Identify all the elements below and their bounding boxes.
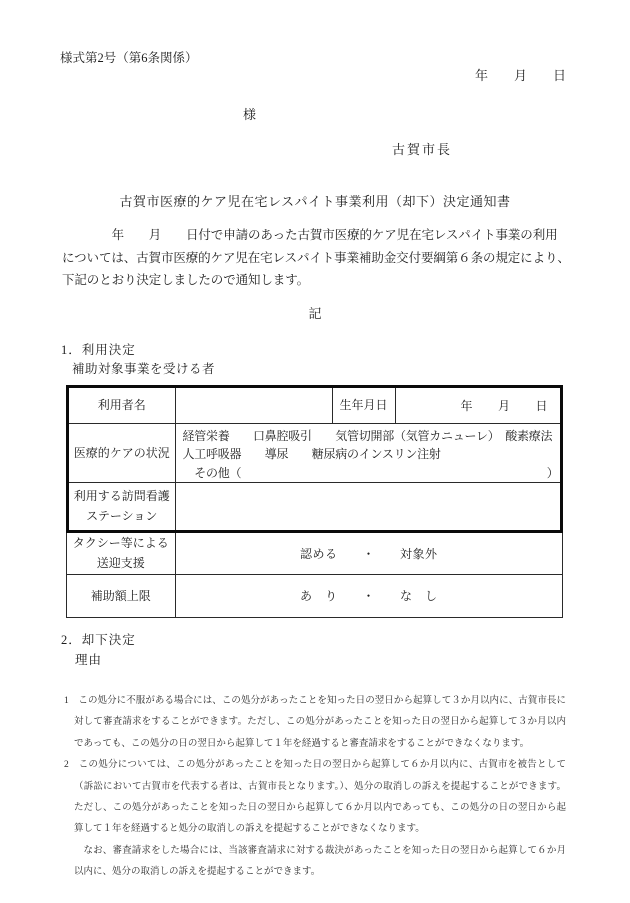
- taxi-support-label: タクシー等による 送迎支援: [67, 533, 175, 575]
- section1-heading: 1．利用決定: [61, 340, 136, 358]
- taxi-support-value: 認める ・ 対象外: [175, 533, 562, 575]
- birthdate-label: 生年月日: [332, 388, 395, 423]
- appeal-note-2: 2 この処分については、この処分があったことを知った日の翌日から起算して６か月以…: [64, 755, 566, 841]
- beneficiary-table: 利用者名 生年月日 年 月 日 医療的ケアの状況 経管栄養 口鼻腔吸引 気管切開…: [66, 385, 563, 618]
- medical-care-label: 医療的ケアの状況: [69, 423, 175, 483]
- beneficiary-table-sub: タクシー等による 送迎支援 認める ・ 対象外 補助額上限 あ り ・ な し: [66, 533, 563, 618]
- sender-name: 古賀市長: [392, 139, 452, 158]
- form-number: 様式第2号（第6条関係）: [60, 48, 198, 66]
- appeal-note-3: なお、審査請求をした場合には、当該審査請求に対する裁決があったことを知った日の翌…: [64, 841, 566, 884]
- beneficiary-table-main: 利用者名 生年月日 年 月 日 医療的ケアの状況 経管栄養 口鼻腔吸引 気管切開…: [66, 385, 563, 533]
- nursing-station-label: 利用する訪問看護 ステーション: [69, 483, 175, 530]
- appeal-notes: 1 この処分に不服がある場合には、この処分があったことを知った日の翌日から起算し…: [64, 691, 566, 884]
- subsidy-cap-label: 補助額上限: [67, 575, 175, 617]
- table-row: タクシー等による 送迎支援 認める ・ 対象外: [67, 533, 562, 575]
- addressee-suffix: 様: [243, 104, 256, 123]
- birthdate-value: 年 月 日: [395, 388, 560, 423]
- section2-heading: 2．却下決定: [61, 630, 136, 648]
- appeal-note-1: 1 この処分に不服がある場合には、この処分があったことを知った日の翌日から起算し…: [64, 691, 566, 755]
- document-title: 古賀市医療的ケア児在宅レスパイト事業利用（却下）決定通知書: [0, 191, 630, 210]
- table-row: 利用する訪問看護 ステーション: [69, 483, 560, 530]
- ki-marker: 記: [0, 303, 630, 322]
- table-row: 医療的ケアの状況 経管栄養 口鼻腔吸引 気管切開部（気管カニューレ） 酸素療法 …: [69, 423, 560, 483]
- section2-subheading: 理由: [75, 650, 102, 668]
- user-name-label: 利用者名: [69, 388, 175, 423]
- subsidy-cap-value: あ り ・ な し: [175, 575, 562, 617]
- medical-care-options: 経管栄養 口鼻腔吸引 気管切開部（気管カニューレ） 酸素療法 人工呼吸器 導尿 …: [175, 423, 560, 483]
- issue-date-line: 年 月 日: [475, 65, 566, 84]
- body-paragraph: 年 月 日付で申請のあった古賀市医療的ケア児在宅レスパイト事業の利用 については…: [62, 224, 583, 292]
- table-row: 利用者名 生年月日 年 月 日: [69, 388, 560, 423]
- section1-subheading: 補助対象事業を受ける者: [72, 359, 215, 377]
- user-name-value-cell: [175, 388, 332, 423]
- document-page: 様式第2号（第6条関係） 年 月 日 様 古賀市長 古賀市医療的ケア児在宅レスパ…: [0, 0, 630, 903]
- table-row: 補助額上限 あ り ・ な し: [67, 575, 562, 617]
- nursing-station-value-cell: [175, 483, 560, 530]
